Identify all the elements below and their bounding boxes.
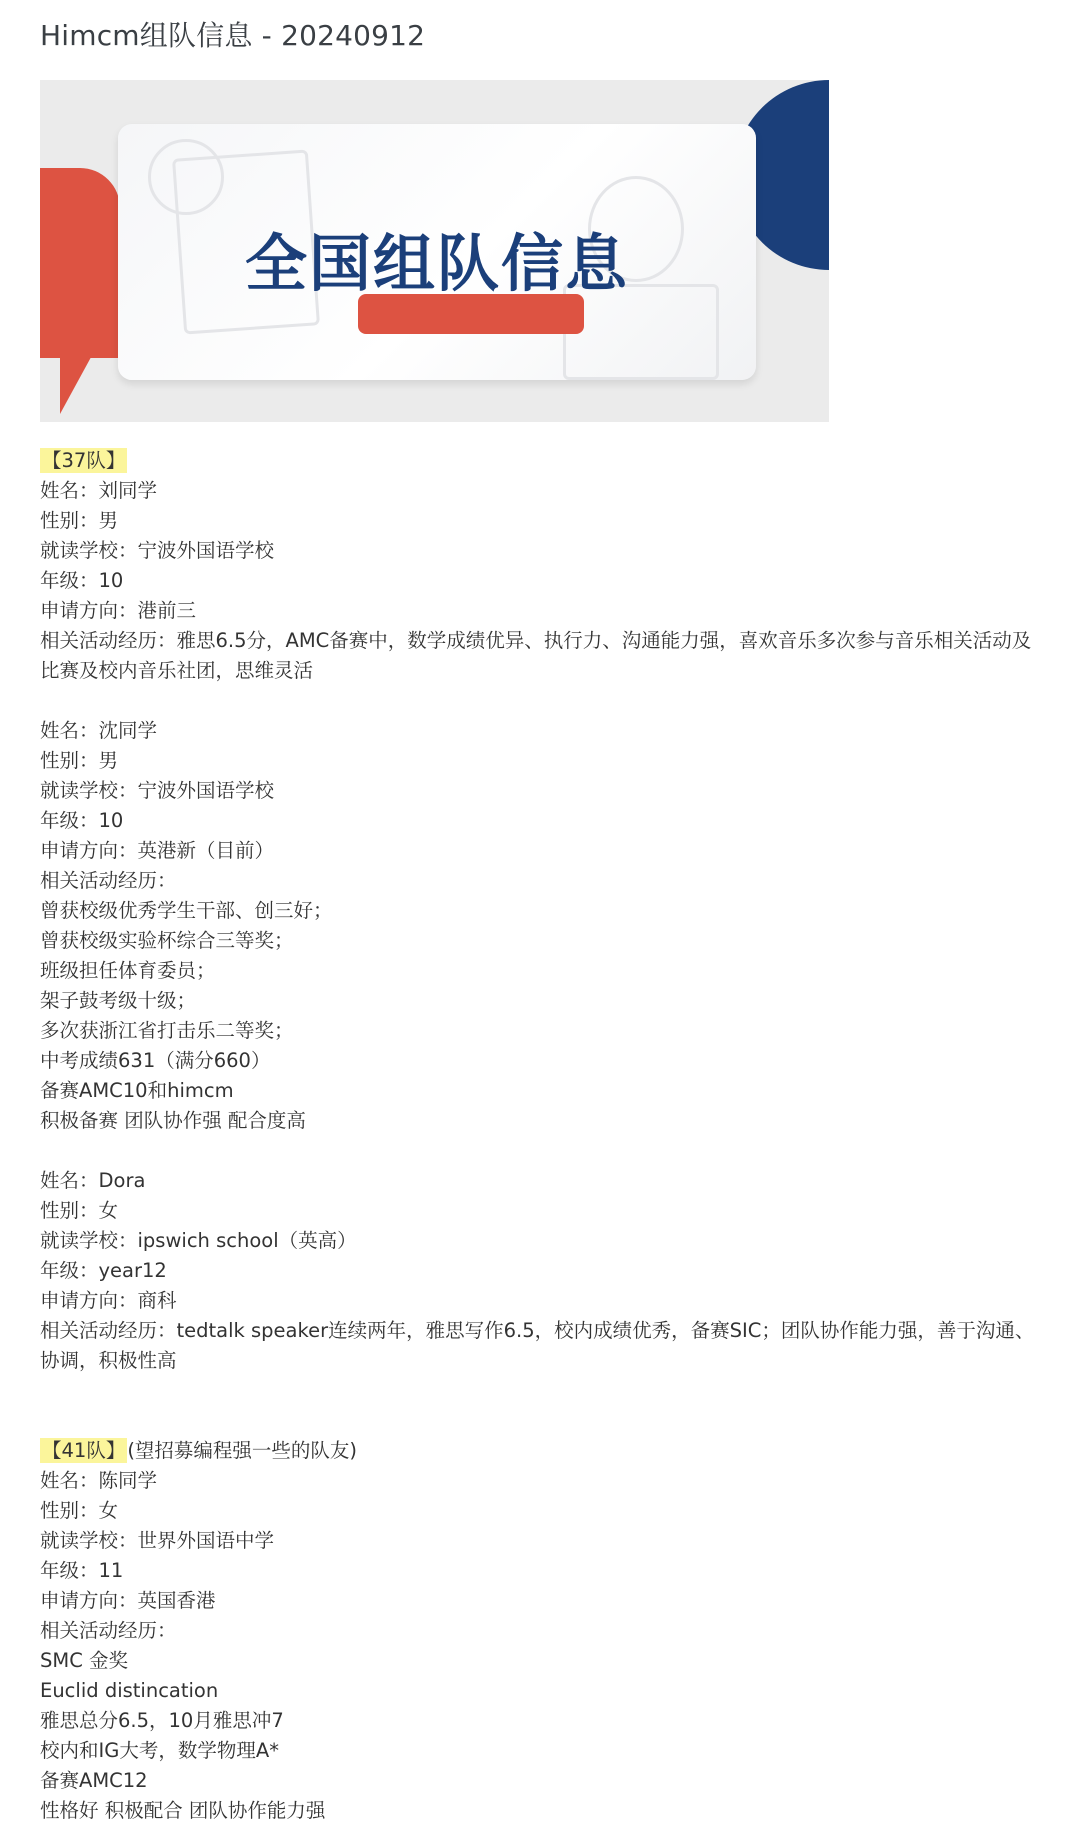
- member-grade: 年级：11: [40, 1556, 1050, 1586]
- member-name: 姓名：Dora: [40, 1166, 1050, 1196]
- member-experience-item: 架子鼓考级十级；: [40, 986, 1050, 1016]
- banner-red-speech-bubble: [40, 168, 120, 358]
- team-note: (望招募编程强一些的队友): [127, 1439, 357, 1462]
- member-experience-item: Euclid distincation: [40, 1676, 1050, 1706]
- team-section-37: 【37队】 姓名：刘同学 性别：男 就读学校：宁波外国语学校 年级：10 申请方…: [40, 446, 1050, 1376]
- member-name: 姓名：沈同学: [40, 716, 1050, 746]
- member-experience-item: SMC 金奖: [40, 1646, 1050, 1676]
- blank-line: [40, 1136, 1050, 1166]
- team-section-41: 【41队】(望招募编程强一些的队友) 姓名：陈同学 性别：女 就读学校：世界外国…: [40, 1436, 1050, 1826]
- member-experience-item: 备赛AMC12: [40, 1766, 1050, 1796]
- member-name: 姓名：刘同学: [40, 476, 1050, 506]
- member-experience: 相关活动经历：: [40, 866, 1050, 896]
- team-tag: 【41队】: [40, 1438, 127, 1463]
- member-card: 姓名：刘同学 性别：男 就读学校：宁波外国语学校 年级：10 申请方向：港前三 …: [40, 476, 1050, 686]
- member-gender: 性别：女: [40, 1196, 1050, 1226]
- banner-speech-bubble-tail: [60, 348, 96, 414]
- team-header: 【41队】(望招募编程强一些的队友): [40, 1436, 1050, 1466]
- member-school: 就读学校：世界外国语中学: [40, 1526, 1050, 1556]
- member-experience: 相关活动经历：: [40, 1616, 1050, 1646]
- member-grade: 年级：10: [40, 566, 1050, 596]
- member-experience-item: 班级担任体育委员；: [40, 956, 1050, 986]
- member-card: 姓名：陈同学 性别：女 就读学校：世界外国语中学 年级：11 申请方向：英国香港…: [40, 1466, 1050, 1826]
- member-gender: 性别：男: [40, 746, 1050, 776]
- team-info-content: 【37队】 姓名：刘同学 性别：男 就读学校：宁波外国语学校 年级：10 申请方…: [40, 446, 1050, 1826]
- member-experience-item: 备赛AMC10和himcm: [40, 1076, 1050, 1106]
- banner-red-bar: [358, 294, 584, 334]
- member-experience-item: 多次获浙江省打击乐二等奖；: [40, 1016, 1050, 1046]
- member-grade: 年级：10: [40, 806, 1050, 836]
- banner-card: 全国组队信息: [118, 124, 756, 380]
- member-school: 就读学校：宁波外国语学校: [40, 776, 1050, 806]
- member-experience-item: 中考成绩631（满分660）: [40, 1046, 1050, 1076]
- member-gender: 性别：男: [40, 506, 1050, 536]
- banner-title: 全国组队信息: [118, 214, 756, 303]
- member-experience: 相关活动经历：tedtalk speaker连续两年，雅思写作6.5，校内成绩优…: [40, 1316, 1050, 1376]
- member-school: 就读学校：宁波外国语学校: [40, 536, 1050, 566]
- member-direction: 申请方向：商科: [40, 1286, 1050, 1316]
- page-title: Himcm组队信息 - 20240912: [40, 14, 425, 54]
- banner-image: 全国组队信息: [40, 80, 829, 422]
- member-direction: 申请方向：英国香港: [40, 1586, 1050, 1616]
- member-experience-item: 曾获校级实验杯综合三等奖；: [40, 926, 1050, 956]
- member-name: 姓名：陈同学: [40, 1466, 1050, 1496]
- blank-gap: [40, 1376, 1050, 1436]
- member-direction: 申请方向：英港新（目前）: [40, 836, 1050, 866]
- member-grade: 年级：year12: [40, 1256, 1050, 1286]
- member-experience-item: 校内和IG大考，数学物理A*: [40, 1736, 1050, 1766]
- member-experience-item: 雅思总分6.5，10月雅思冲7: [40, 1706, 1050, 1736]
- member-direction: 申请方向：港前三: [40, 596, 1050, 626]
- member-card: 姓名：Dora 性别：女 就读学校：ipswich school（英高） 年级：…: [40, 1166, 1050, 1376]
- member-gender: 性别：女: [40, 1496, 1050, 1526]
- member-experience-item: 积极备赛 团队协作强 配合度高: [40, 1106, 1050, 1136]
- member-experience-item: 性格好 积极配合 团队协作能力强: [40, 1796, 1050, 1826]
- member-school: 就读学校：ipswich school（英高）: [40, 1226, 1050, 1256]
- blank-line: [40, 686, 1050, 716]
- member-experience-item: 曾获校级优秀学生干部、创三好；: [40, 896, 1050, 926]
- member-experience: 相关活动经历：雅思6.5分，AMC备赛中，数学成绩优异、执行力、沟通能力强，喜欢…: [40, 626, 1050, 686]
- team-tag: 【37队】: [40, 448, 127, 473]
- team-header: 【37队】: [40, 446, 1050, 476]
- member-card: 姓名：沈同学 性别：男 就读学校：宁波外国语学校 年级：10 申请方向：英港新（…: [40, 716, 1050, 1136]
